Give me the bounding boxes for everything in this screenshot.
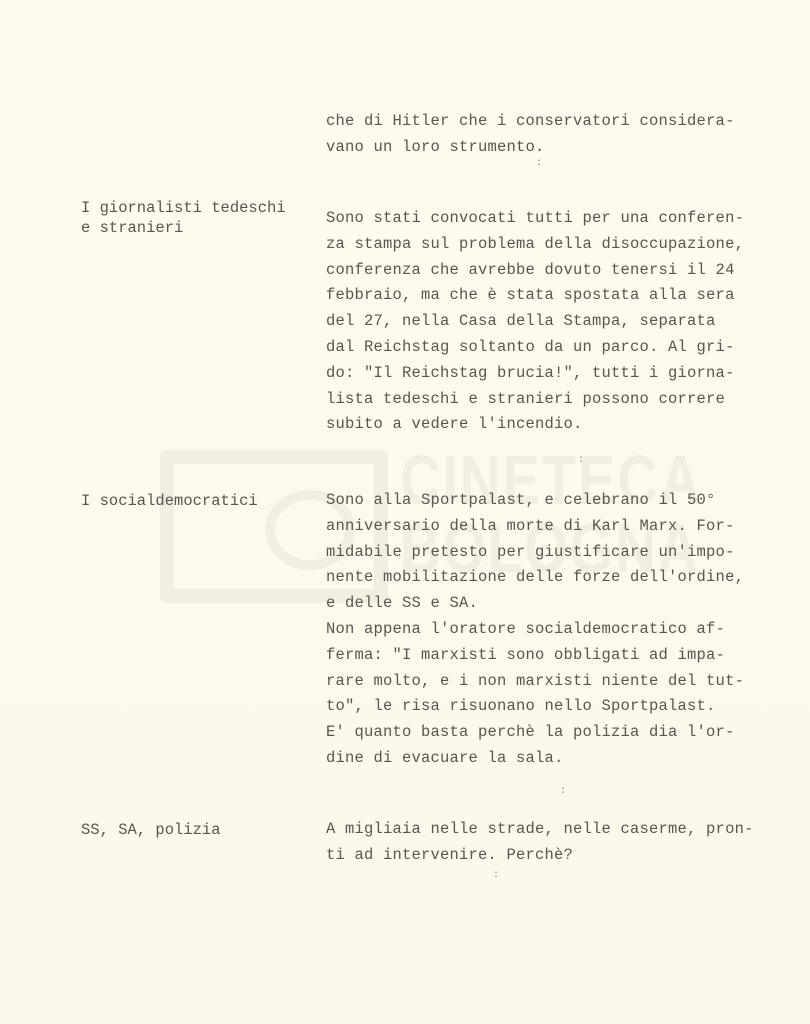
text-line: Sono stati convocati tutti per una confe… (326, 206, 744, 232)
text-line: do: "Il Reichstag brucia!", tutti i gior… (326, 361, 744, 387)
typewriter-mark: : (560, 786, 566, 797)
text-line: ferma: "I marxisti sono obbligati ad imp… (326, 643, 744, 669)
text-line: e delle SS e SA. (326, 591, 744, 617)
typewriter-mark: : (578, 455, 584, 466)
text-line: midabile pretesto per giustificare un'im… (326, 540, 744, 566)
paragraph-continuation: che di Hitler che i conservatori conside… (326, 109, 735, 161)
text-line: subito a vedere l'incendio. (326, 412, 744, 438)
text-line: lista tedeschi e stranieri possono corre… (326, 387, 744, 413)
text-line: rare molto, e i non marxisti niente del … (326, 669, 744, 695)
section-label-giornalisti: I giornalisti tedeschi e stranieri (81, 198, 286, 238)
text-line: vano un loro strumento. (326, 135, 735, 161)
section-label-ss-sa-polizia: SS, SA, polizia (81, 820, 221, 840)
text-line: to", le risa risuonano nello Sportpalast… (326, 694, 744, 720)
text-line: Sono alla Sportpalast, e celebrano il 50… (326, 488, 744, 514)
paragraph-giornalisti: Sono stati convocati tutti per una confe… (326, 206, 744, 438)
paragraph-ss-sa-polizia: A migliaia nelle strade, nelle caserme, … (326, 817, 754, 869)
text-line: anniversario della morte di Karl Marx. F… (326, 514, 744, 540)
text-line: del 27, nella Casa della Stampa, separat… (326, 309, 744, 335)
section-label-socialdemocratici: I socialdemocratici (81, 491, 258, 511)
text-line: E' quanto basta perchè la polizia dia l'… (326, 720, 744, 746)
paragraph-socialdemocratici: Sono alla Sportpalast, e celebrano il 50… (326, 488, 744, 772)
text-line: za stampa sul problema della disoccupazi… (326, 232, 744, 258)
document-page: CINETECA BOLOGNA che di Hitler che i con… (0, 0, 810, 1024)
text-line: ti ad intervenire. Perchè? (326, 843, 754, 869)
text-line: A migliaia nelle strade, nelle caserme, … (326, 817, 754, 843)
text-line: dine di evacuare la sala. (326, 746, 744, 772)
text-line: Non appena l'oratore socialdemocratico a… (326, 617, 744, 643)
text-line: conferenza che avrebbe dovuto tenersi il… (326, 258, 744, 284)
typewriter-mark: : (536, 158, 542, 169)
text-line: nente mobilitazione delle forze dell'ord… (326, 565, 744, 591)
text-line: dal Reichstag soltanto da un parco. Al g… (326, 335, 744, 361)
text-line: che di Hitler che i conservatori conside… (326, 109, 735, 135)
typewriter-mark: : (493, 870, 499, 881)
text-line: febbraio, ma che è stata spostata alla s… (326, 283, 744, 309)
